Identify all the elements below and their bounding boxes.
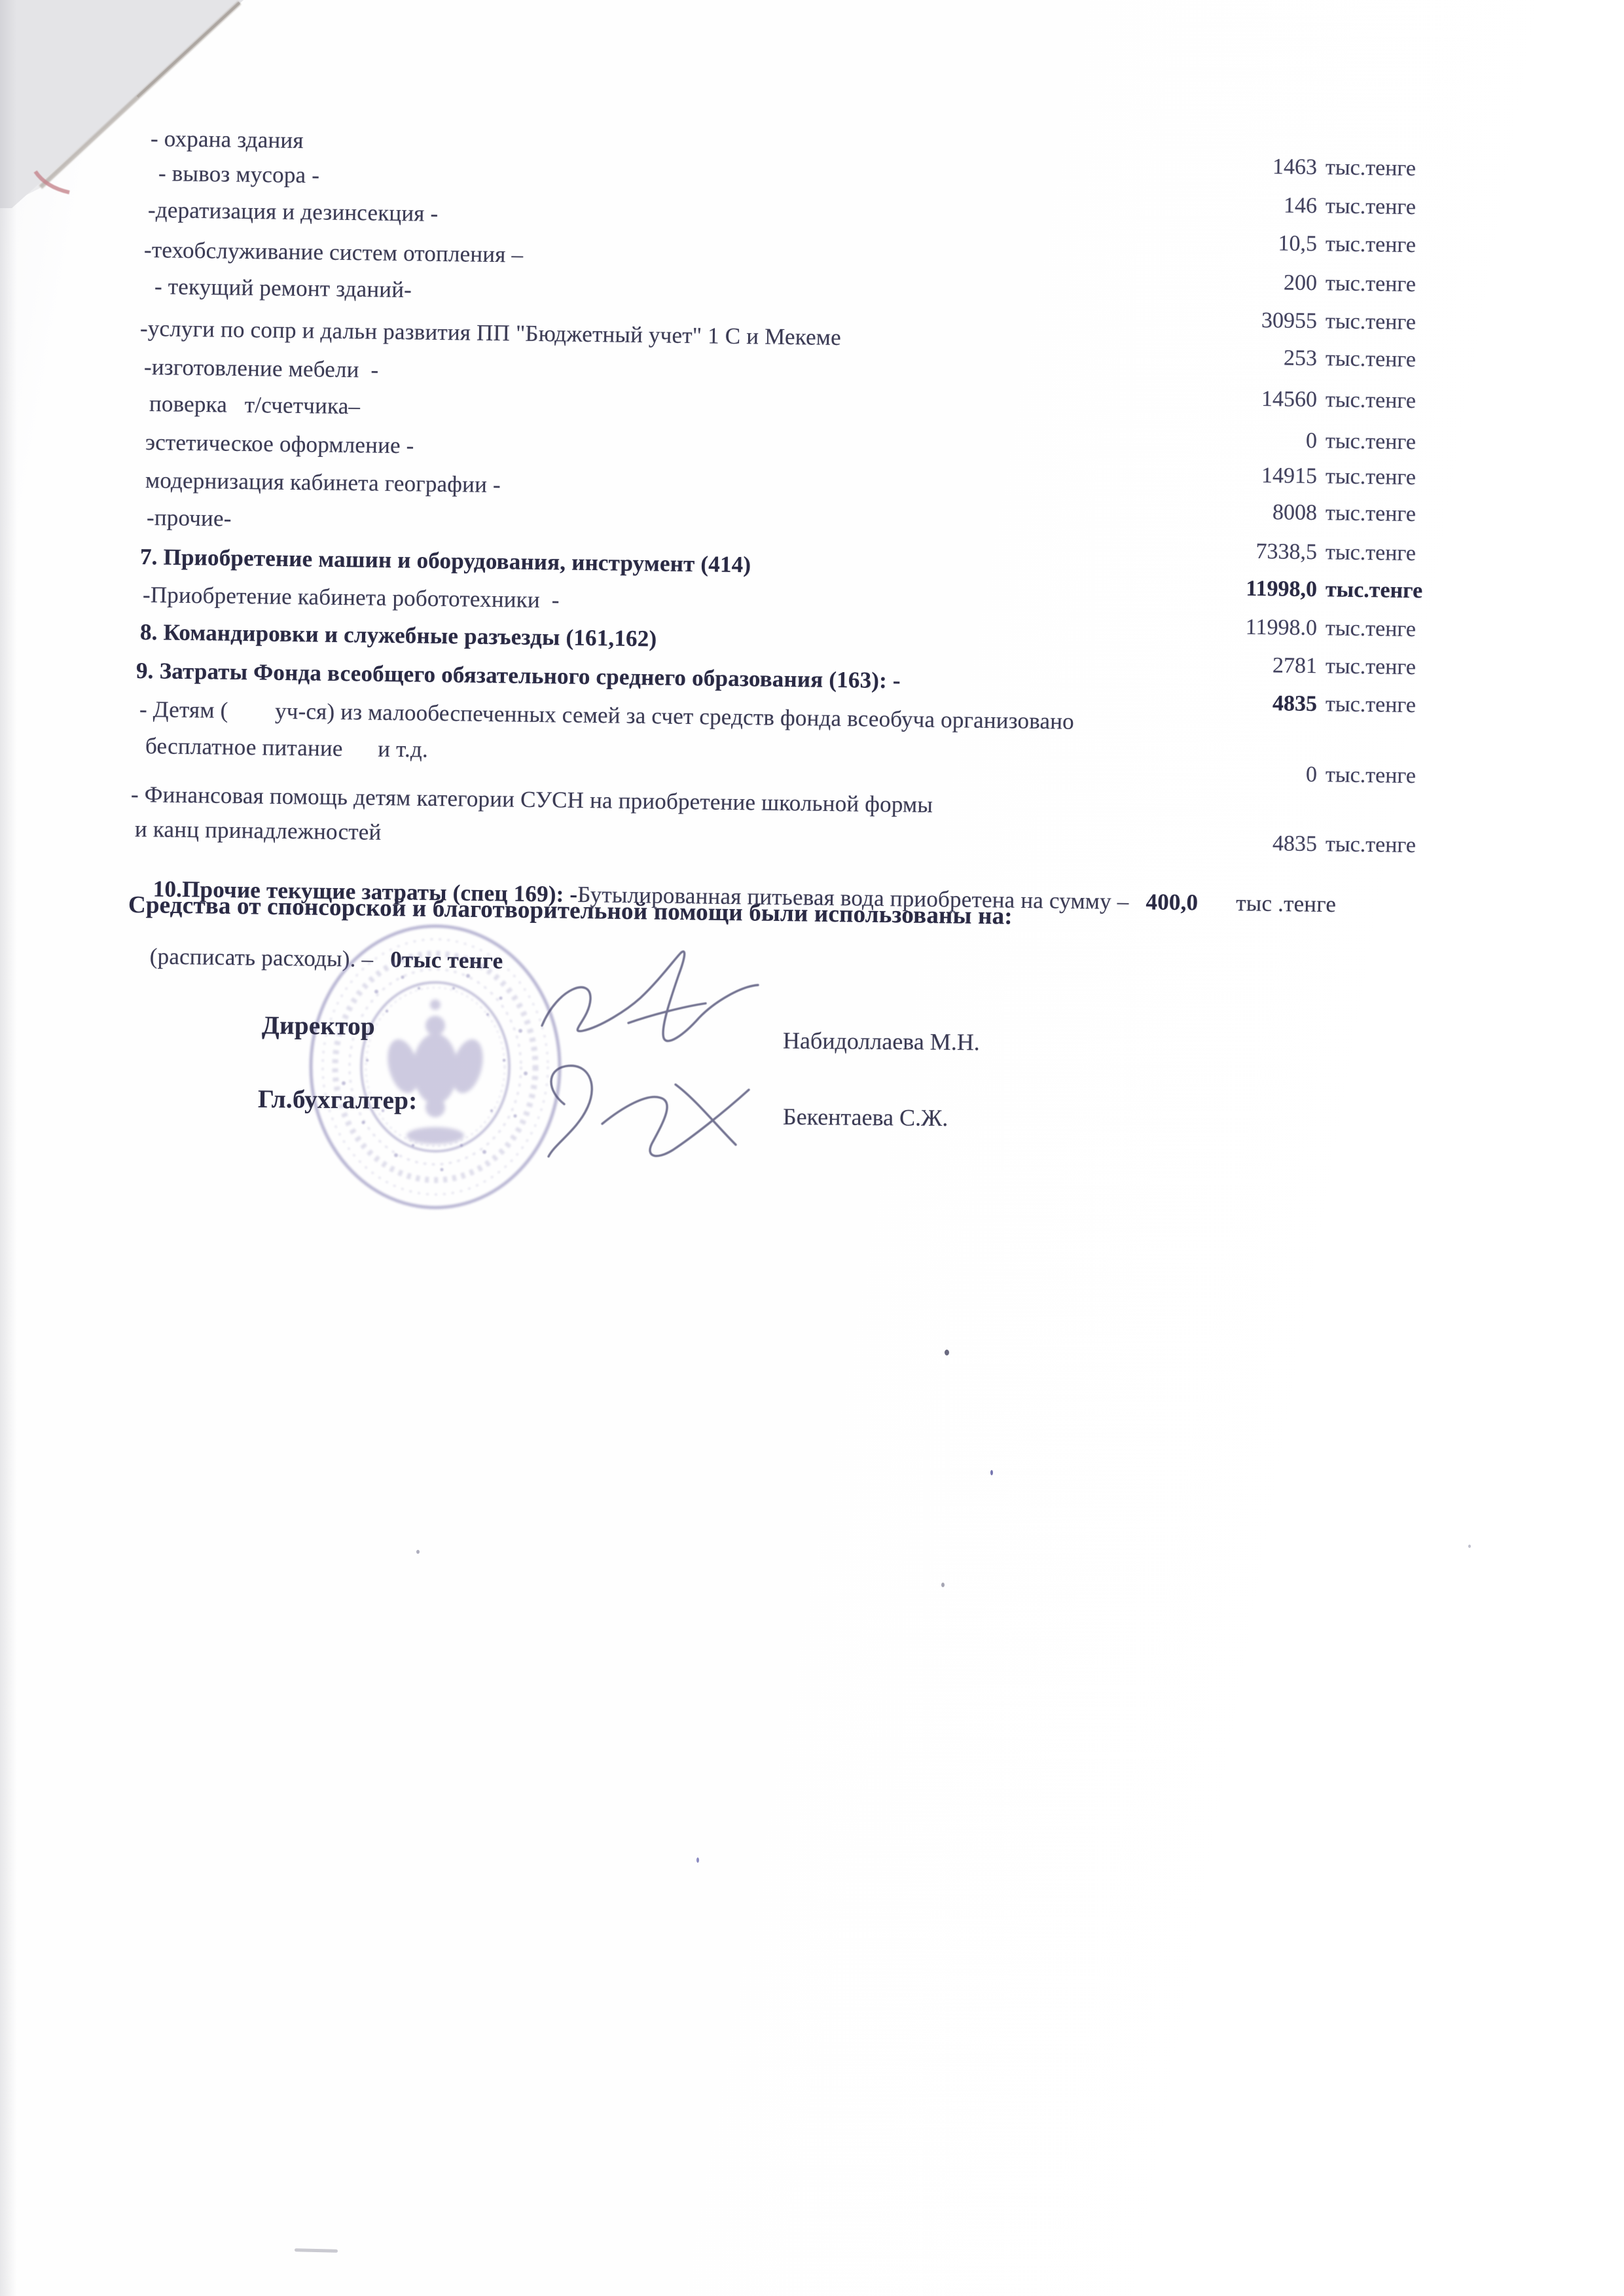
section-heading-7: 7. Приобретение машин и оборудования, ин… [140, 545, 751, 576]
expense-line: -техобслуживание систем отопления – [144, 238, 524, 266]
amount-line: 0тыс.тенге [1060, 427, 1427, 454]
amount-unit: тыс.тенге [1326, 655, 1416, 679]
section-heading-9: 9. Затраты Фонда всеобщего обязательного… [136, 659, 901, 692]
expense-line: бесплатное питание и т.д. [145, 734, 428, 761]
amount-line: 253тыс.тенге [1060, 344, 1427, 371]
accountant-name: Бекентаева С.Ж. [783, 1103, 948, 1132]
amount-line: 146тыс.тенге [1060, 192, 1427, 219]
amount-unit: тыс.тенге [1326, 272, 1416, 296]
director-label: Директор [262, 1011, 375, 1041]
expense-line: -прочие- [147, 506, 232, 530]
scan-speck [416, 1550, 420, 1554]
heading-text: 8. Командировки и служебные разъезды (16… [140, 619, 657, 651]
amount-unit: тыс.тенге [1326, 617, 1416, 641]
expense-line: - Финансовая помощь детям категории СУСН… [131, 783, 933, 816]
amount-value: 0 [1060, 761, 1317, 786]
scan-mark [295, 2248, 338, 2253]
amount-value: 11998,0 [1060, 575, 1317, 601]
scan-speck [1468, 1545, 1471, 1548]
expense-line-text: - Финансовая помощь детям категории СУСН… [131, 781, 933, 817]
amount-value: 4835 [1060, 690, 1317, 715]
page-fold-corner [0, 0, 281, 223]
expense-line: - вывоз мусора - [158, 162, 320, 187]
amount-line: 7338,5тыс.тенге [1060, 538, 1427, 565]
inline-amount-unit: тыс .тенге [1236, 890, 1336, 917]
expense-line-text: -прочие- [147, 505, 232, 531]
expense-line-text: поверка т/счетчика– [149, 391, 361, 419]
amount-unit: тыс.тенге [1326, 156, 1416, 180]
section-heading-8: 8. Командировки и служебные разъезды (16… [140, 620, 657, 650]
amount-line: 1463тыс.тенге [1060, 153, 1427, 180]
amount-unit: тыс.тенге [1326, 233, 1416, 257]
label-text: Гл.бухгалтер: [258, 1085, 418, 1115]
expense-line-text: - вывоз мусора - [158, 160, 320, 188]
amount-value: 2781 [1060, 652, 1317, 677]
amount-unit: тыс.тенге [1326, 579, 1423, 602]
expense-line: и канц принадлежностей [135, 817, 382, 844]
amount-value: 4835 [1060, 830, 1317, 855]
amount-line: 11998,0тыс.тенге [1060, 575, 1427, 602]
expense-line-text: -техобслуживание систем отопления – [144, 237, 524, 268]
inline-amount: 400,0 [1146, 889, 1198, 915]
expense-line-text: - текущий ремонт зданий- [154, 274, 412, 302]
amount-unit: тыс.тенге [1326, 465, 1416, 489]
scan-edge-shadow [0, 0, 17, 2296]
amount-value: 30955 [1060, 307, 1317, 332]
expense-line: эстетическое оформление - [145, 431, 414, 457]
name-text: Бекентаева С.Ж. [783, 1103, 948, 1131]
amount-line: 4835тыс.тенге [1060, 830, 1427, 857]
amount-unit: тыс.тенге [1326, 310, 1416, 334]
amount-unit: тыс.тенге [1326, 195, 1416, 219]
amount-line: 0тыс.тенге [1060, 761, 1427, 787]
expense-line: модернизация кабинета географии - [145, 469, 501, 496]
amount-value: 200 [1060, 269, 1317, 295]
amount-line: 10,5тыс.тенге [1060, 230, 1427, 257]
amount-line: 11998.0тыс.тенге [1060, 614, 1427, 641]
expense-line: -изготовление мебели - [144, 355, 379, 382]
expense-line-text: бесплатное питание и т.д. [145, 733, 428, 762]
expense-line-text: эстетическое оформление - [145, 429, 414, 458]
amount-value: 1463 [1060, 153, 1317, 179]
expense-line: - Детям ( уч-ся) из малообеспеченных сем… [139, 698, 1074, 733]
expense-line-text: -дератизация и дезинсекция - [148, 197, 439, 226]
expense-line: - текущий ремонт зданий- [154, 275, 412, 301]
expense-line: -услуги по сопр и дальн развития ПП "Бюд… [140, 317, 841, 349]
amount-unit: тыс.тенге [1326, 541, 1416, 565]
amount-value: 0 [1060, 427, 1317, 452]
amount-value: 14560 [1060, 386, 1317, 411]
scan-speck [990, 1470, 993, 1475]
amount-line: 200тыс.тенге [1060, 269, 1427, 296]
amount-value: 14915 [1060, 462, 1317, 488]
expense-line-text: -изготовление мебели - [144, 354, 379, 383]
amount-value: 8008 [1060, 499, 1317, 524]
expense-line: поверка т/счетчика– [149, 392, 361, 418]
amount-unit: тыс.тенге [1326, 502, 1416, 526]
heading-text: 9. Затраты Фонда всеобщего обязательного… [136, 658, 901, 693]
amount-line: 14915тыс.тенге [1060, 462, 1427, 489]
amount-unit: тыс.тенге [1326, 764, 1416, 787]
amount-value: 10,5 [1060, 230, 1317, 255]
expense-line-text: - охрана здания [151, 126, 304, 153]
expense-line-text: -услуги по сопр и дальн развития ПП "Бюд… [140, 315, 841, 350]
expense-line-text: и канц принадлежностей [135, 816, 382, 845]
scan-speck [941, 1583, 945, 1587]
heading-text: 7. Приобретение машин и оборудования, ин… [140, 544, 751, 577]
label-text: Директор [262, 1011, 375, 1041]
expense-line-text: модернизация кабинета географии - [145, 467, 501, 497]
amount-line: 8008тыс.тенге [1060, 499, 1427, 526]
expense-line: -Приобретение кабинета робототехники - [143, 583, 560, 611]
director-name: Набидоллаева М.Н. [783, 1027, 980, 1056]
amount-line: 14560тыс.тенге [1060, 386, 1427, 412]
scanned-document-page: - охрана здания - вывоз мусора - -дерати… [0, 0, 1624, 2296]
accountant-signature [524, 1044, 772, 1175]
accountant-label: Гл.бухгалтер: [258, 1085, 418, 1116]
expense-line: -дератизация и дезинсекция - [148, 198, 439, 225]
amount-line: 2781тыс.тенге [1060, 652, 1427, 679]
amount-line: 4835тыс.тенге [1060, 690, 1427, 717]
amount-unit: тыс.тенге [1326, 693, 1416, 717]
amount-unit: тыс.тенге [1326, 389, 1416, 412]
amount-unit: тыс.тенге [1326, 833, 1416, 857]
scan-speck [945, 1350, 949, 1355]
scan-speck [696, 1857, 699, 1863]
amount-value: 146 [1060, 192, 1317, 217]
amount-value: 253 [1060, 344, 1317, 370]
amount-value: 11998.0 [1060, 614, 1317, 639]
name-text: Набидоллаева М.Н. [783, 1028, 980, 1056]
amount-value: 7338,5 [1060, 538, 1317, 564]
expense-line-text: -Приобретение кабинета робототехники - [143, 582, 560, 613]
amount-unit: тыс.тенге [1326, 348, 1416, 371]
expense-line: - охрана здания [151, 127, 304, 152]
expense-line-text: - Детям ( уч-ся) из малообеспеченных сем… [139, 696, 1074, 734]
amount-unit: тыс.тенге [1326, 430, 1416, 454]
amount-line: 30955тыс.тенге [1060, 307, 1427, 334]
